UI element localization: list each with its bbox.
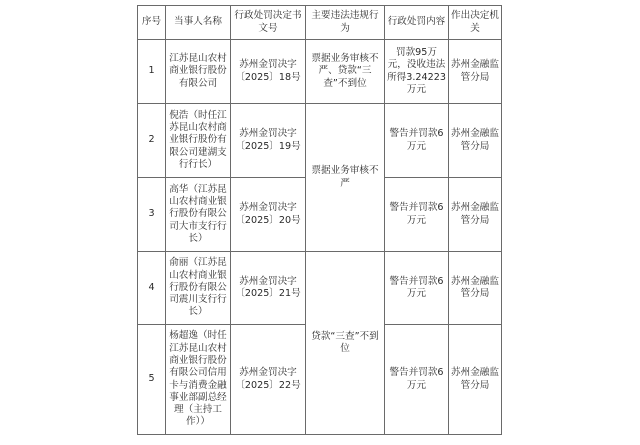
- cell-doc-no: 苏州金罚决字〔2025〕22号: [231, 325, 306, 435]
- cell-doc-no: 苏州金罚决字〔2025〕18号: [231, 40, 306, 104]
- cell-authority: 苏州金融监管分局: [449, 252, 502, 325]
- cell-violation-merged: 贷款“三查”不到位: [306, 252, 385, 435]
- cell-party: 倪浩（时任江苏昆山农村商业银行股份有限公司建湖支行行长）: [166, 104, 231, 178]
- cell-no: 1: [138, 40, 166, 104]
- cell-no: 2: [138, 104, 166, 178]
- cell-authority: 苏州金融监管分局: [449, 40, 502, 104]
- cell-authority: 苏州金融监管分局: [449, 178, 502, 252]
- cell-doc-no: 苏州金罚决字〔2025〕21号: [231, 252, 306, 325]
- cell-authority: 苏州金融监管分局: [449, 104, 502, 178]
- header-penalty: 行政处罚内容: [385, 6, 449, 40]
- penalty-table: 序号 当事人名称 行政处罚决定书文号 主要违法违规行为 行政处罚内容 作出决定机…: [137, 5, 502, 435]
- cell-party: 高华（江苏昆山农村商业银行股份有限公司大市支行行长）: [166, 178, 231, 252]
- cell-doc-no: 苏州金罚决字〔2025〕20号: [231, 178, 306, 252]
- cell-penalty: 警告并罚款6万元: [385, 178, 449, 252]
- cell-doc-no: 苏州金罚决字〔2025〕19号: [231, 104, 306, 178]
- cell-party: 江苏昆山农村商业银行股份有限公司: [166, 40, 231, 104]
- cell-penalty: 罚款95万元，没收违法所得3.24223万元: [385, 40, 449, 104]
- cell-violation: 票据业务审核不严、贷款“三查”不到位: [306, 40, 385, 104]
- cell-authority: 苏州金融监管分局: [449, 325, 502, 435]
- header-authority: 作出决定机关: [449, 6, 502, 40]
- cell-penalty: 警告并罚款6万元: [385, 104, 449, 178]
- header-no: 序号: [138, 6, 166, 40]
- cell-party: 杨超逸（时任江苏昆山农村商业银行股份有限公司信用卡与消费金融事业部副总经理（主持…: [166, 325, 231, 435]
- cell-no: 4: [138, 252, 166, 325]
- cell-party: 俞丽（江苏昆山农村商业银行股份有限公司震川支行行长）: [166, 252, 231, 325]
- header-doc-no: 行政处罚决定书文号: [231, 6, 306, 40]
- table-row: 4 俞丽（江苏昆山农村商业银行股份有限公司震川支行行长） 苏州金罚决字〔2025…: [138, 252, 502, 325]
- table-row: 1 江苏昆山农村商业银行股份有限公司 苏州金罚决字〔2025〕18号 票据业务审…: [138, 40, 502, 104]
- cell-violation-merged: 票据业务审核不严: [306, 104, 385, 252]
- cell-no: 5: [138, 325, 166, 435]
- cell-penalty: 警告并罚款6万元: [385, 252, 449, 325]
- table-row: 2 倪浩（时任江苏昆山农村商业银行股份有限公司建湖支行行长） 苏州金罚决字〔20…: [138, 104, 502, 178]
- cell-penalty: 警告并罚款6万元: [385, 325, 449, 435]
- header-violation: 主要违法违规行为: [306, 6, 385, 40]
- header-party: 当事人名称: [166, 6, 231, 40]
- cell-no: 3: [138, 178, 166, 252]
- table-header-row: 序号 当事人名称 行政处罚决定书文号 主要违法违规行为 行政处罚内容 作出决定机…: [138, 6, 502, 40]
